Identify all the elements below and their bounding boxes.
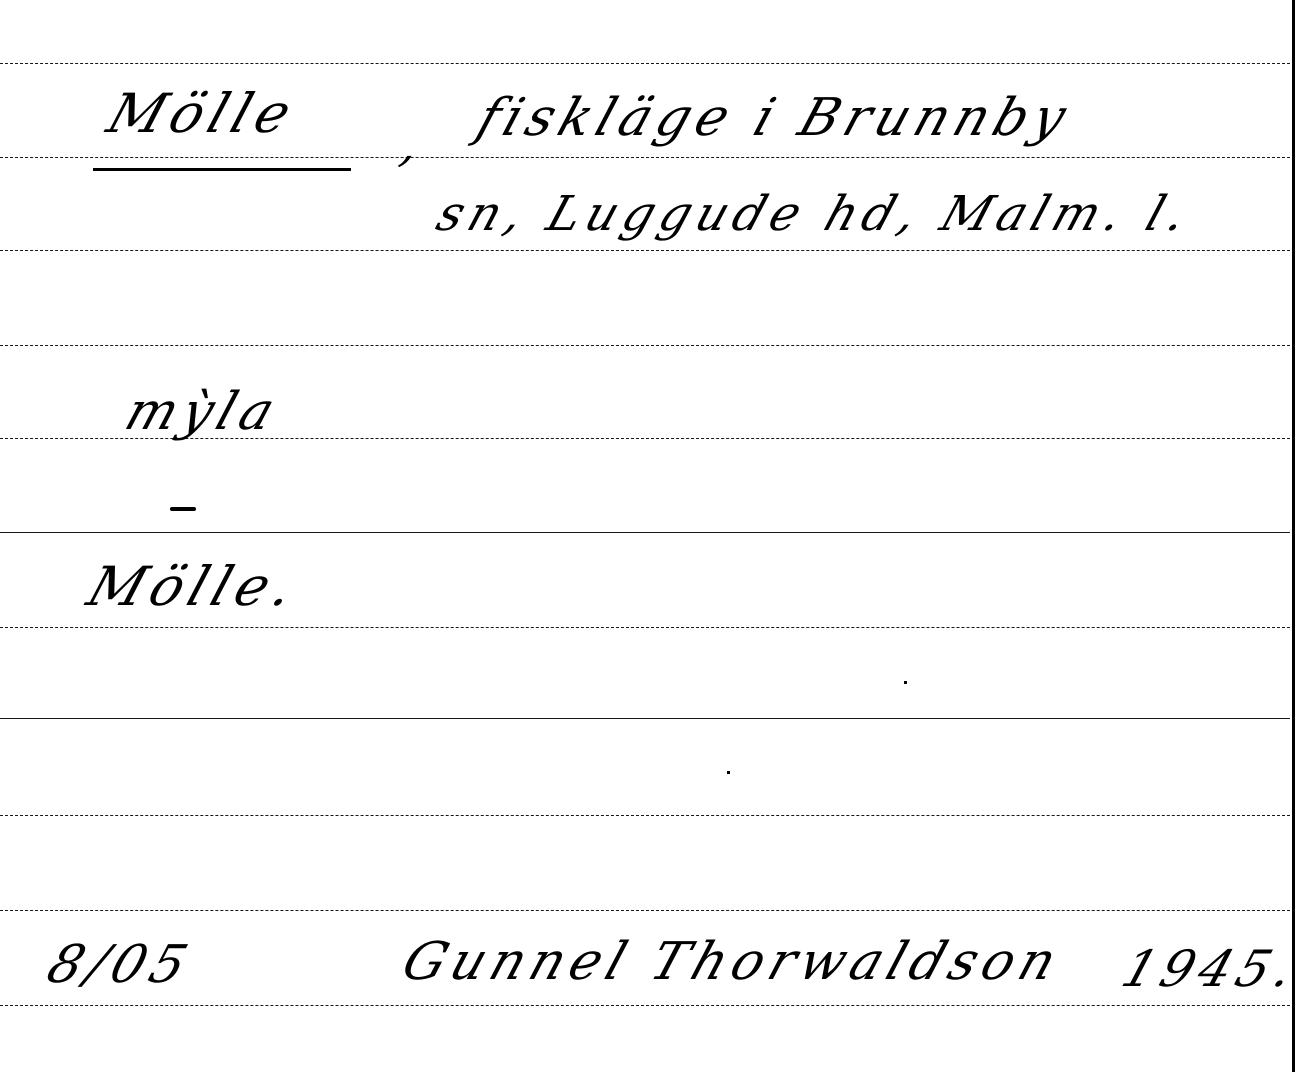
headword: Mölle [100, 82, 305, 145]
scan-speck [727, 771, 730, 774]
description-line-1: fiskläge i Brunnby [470, 88, 1079, 148]
ruled-line [0, 718, 1290, 719]
ruled-line [0, 815, 1290, 816]
ruled-line [0, 1005, 1290, 1006]
index-card: Mölle , fiskläge i Brunnby sn, Luggude h… [0, 0, 1305, 1072]
scan-speck [904, 681, 907, 684]
dialect-form: mỳla [118, 382, 288, 442]
signum: 8/05 [40, 935, 200, 995]
headword-underline [93, 168, 351, 171]
ruled-line [0, 250, 1290, 251]
ruled-line [0, 532, 1290, 533]
ruled-line [0, 157, 1290, 158]
ruled-line [0, 63, 1290, 64]
card-right-edge [1292, 0, 1295, 1072]
dialect-stress-mark [170, 507, 196, 511]
ruled-line [0, 910, 1290, 911]
headword-comma: , [395, 118, 433, 172]
ruled-line [0, 345, 1290, 346]
ruled-line [0, 627, 1290, 628]
recorder-name: Gunnel Thorwaldson [395, 932, 1070, 992]
description-line-2: sn, Luggude hd, Malm. l. [430, 186, 1200, 242]
record-year: 1945. [1115, 940, 1305, 998]
variant-form: Mölle. [80, 555, 308, 618]
